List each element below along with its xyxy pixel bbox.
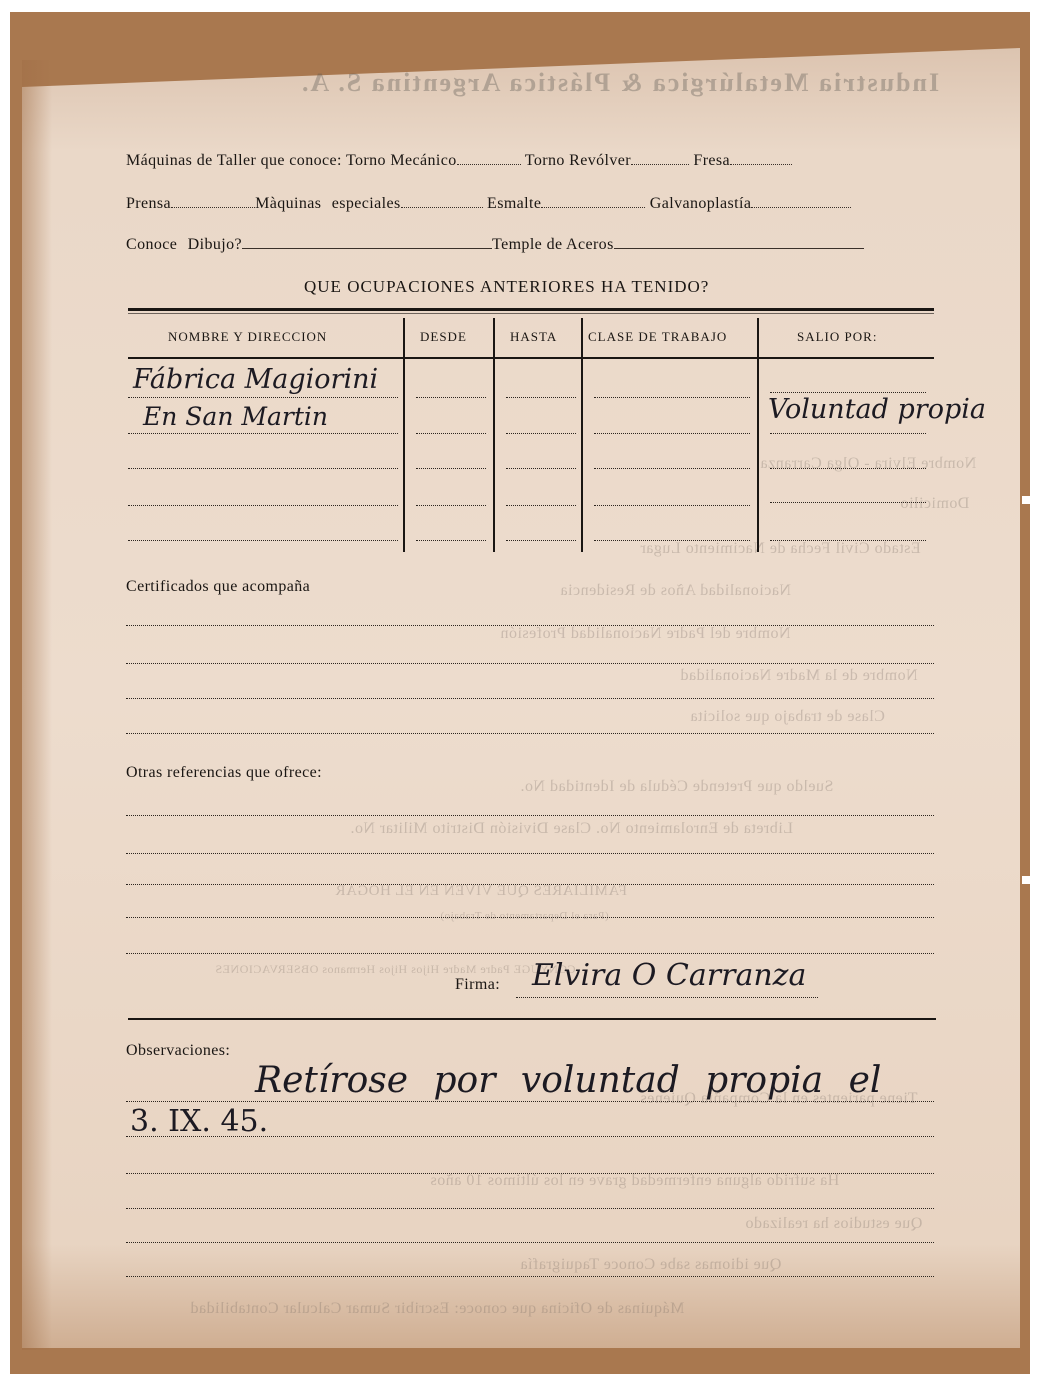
row-line: [506, 468, 576, 469]
row-line: [128, 468, 398, 469]
row-line: [416, 540, 486, 541]
referencias-label: Otras referencias que ofrece:: [126, 764, 322, 782]
temple-aceros-field[interactable]: [614, 236, 864, 249]
galvanoplastia-label: Galvanoplastía: [650, 195, 752, 212]
observaciones-line[interactable]: [126, 1136, 934, 1137]
prensa-label: Prensa: [126, 195, 171, 212]
firma-label: Firma:: [455, 976, 500, 994]
row-line: [416, 468, 486, 469]
bleed-through-line: Clase de trabajo que solicita: [690, 708, 885, 726]
row-line: [128, 397, 398, 398]
bleed-through-header: Industria Metalúrgica & Plástica Argenti…: [300, 68, 939, 98]
certificados-label: Certificados que acompaña: [126, 578, 310, 596]
referencias-line[interactable]: [126, 953, 934, 954]
prensa-field[interactable]: [171, 195, 255, 208]
machines-row-1: Máquinas de Taller que conoce: Torno Mec…: [126, 152, 792, 170]
column-divider: [403, 318, 405, 552]
table-header-rule: [128, 357, 934, 359]
observaciones-line[interactable]: [126, 1276, 934, 1277]
bleed-through-line: Nombre del Padre Nacionalidad Profesión: [500, 625, 791, 643]
job-1-nombre: Fábrica Magiorini: [133, 364, 378, 395]
column-header-desde: DESDE: [420, 329, 467, 345]
firma-line[interactable]: [516, 997, 818, 998]
conoce-dibujo-field[interactable]: [242, 236, 492, 249]
temple-aceros-label: Temple de Aceros: [492, 236, 614, 253]
bleed-through-line: Sueldo que Pretende Cédula de Identidad …: [520, 778, 833, 796]
maquinas-especiales-field[interactable]: [401, 195, 483, 208]
certificados-line[interactable]: [126, 625, 934, 626]
row-line: [506, 540, 576, 541]
bleed-through-line: Estado Civil Fecha de Nacimiento Lugar: [640, 540, 921, 558]
row-line: [128, 505, 398, 506]
row-line: [770, 392, 926, 393]
fresa-field[interactable]: [730, 152, 792, 165]
machines-row-2: PrensaMàquinas especiales Esmalte Galvan…: [126, 195, 851, 213]
table-top-rule: [128, 308, 934, 311]
previous-jobs-title: QUE OCUPACIONES ANTERIORES HA TENIDO?: [304, 277, 709, 297]
fresa-label: Fresa: [693, 152, 730, 169]
observaciones-text-line-2: 3. IX. 45.: [130, 1104, 268, 1139]
row-line: [770, 433, 926, 434]
column-divider: [757, 318, 759, 552]
bleed-through-line: Máquinas de Oficina que conoce: Escribir…: [190, 1300, 684, 1318]
column-divider: [581, 318, 583, 552]
bleed-through-line: Que idiomas sabe Conoce Taquigrafía: [520, 1256, 781, 1274]
referencias-line[interactable]: [126, 884, 934, 885]
column-header-hasta: HASTA: [510, 329, 557, 345]
paper-tab: [1022, 496, 1034, 504]
machines-row-3: Conoce Dibujo?Temple de Aceros: [126, 236, 864, 254]
bleed-through-line: Ha sufrido alguna enfermedad grave en lo…: [430, 1172, 839, 1190]
column-header-salio: SALIO POR:: [797, 329, 877, 345]
referencias-line[interactable]: [126, 815, 934, 816]
row-line: [128, 540, 398, 541]
certificados-line[interactable]: [126, 663, 934, 664]
observaciones-line[interactable]: [126, 1242, 934, 1243]
observaciones-text-line-1: Retírose por voluntad propia el: [255, 1060, 881, 1101]
observaciones-label: Observaciones:: [126, 1042, 230, 1060]
row-line: [594, 468, 750, 469]
table-top-rule-thin: [128, 313, 934, 314]
bleed-through-line: Domicilio: [900, 495, 969, 513]
bleed-through-line: CONYUGE Padre Madre Hijos Hijos Hermanos…: [215, 962, 575, 977]
bleed-through-line: (Para el Departamento de Trabajo): [440, 910, 609, 922]
column-divider: [493, 318, 495, 552]
row-line: [128, 433, 398, 434]
row-line: [770, 502, 926, 503]
row-line: [594, 505, 750, 506]
paper-edge-shade: [22, 60, 52, 1350]
referencias-line[interactable]: [126, 853, 934, 854]
certificados-line[interactable]: [126, 733, 934, 734]
maquinas-especiales-label: Màquinas especiales: [255, 195, 401, 212]
observaciones-line[interactable]: [126, 1208, 934, 1209]
bleed-through-line: Nombre de la Madre Nacionalidad: [680, 667, 918, 685]
row-line: [770, 540, 926, 541]
bleed-through-line: Nacionalidad Años de Residencia: [560, 582, 791, 600]
row-line: [770, 468, 926, 469]
galvanoplastia-field[interactable]: [751, 195, 851, 208]
bleed-through-line: Libreta de Enrolamiento No. Clase Divisi…: [350, 820, 793, 838]
observaciones-line[interactable]: [126, 1173, 934, 1174]
bleed-through-line: Que estudios ha realizado: [745, 1215, 922, 1233]
torno-revolver-label: Torno Revólver: [525, 152, 631, 169]
row-line: [416, 433, 486, 434]
observaciones-line[interactable]: [126, 1101, 934, 1102]
conoce-dibujo-label: Conoce Dibujo?: [126, 236, 242, 253]
referencias-line[interactable]: [126, 917, 934, 918]
bleed-through-line: Nombre Elvira - Olga Carranza: [760, 455, 976, 473]
esmalte-field[interactable]: [541, 195, 645, 208]
row-line: [594, 397, 750, 398]
certificados-line[interactable]: [126, 698, 934, 699]
torno-mecanico-field[interactable]: [457, 152, 521, 165]
row-line: [594, 433, 750, 434]
column-header-clase: CLASE DE TRABAJO: [588, 329, 727, 345]
row-line: [594, 540, 750, 541]
row-line: [506, 397, 576, 398]
paper-tab: [1022, 876, 1034, 884]
esmalte-label: Esmalte: [487, 195, 541, 212]
row-line: [416, 397, 486, 398]
row-line: [506, 505, 576, 506]
job-1-direccion: En San Martin: [143, 402, 328, 431]
firma-signature: Elvira O Carranza: [532, 958, 806, 993]
torno-mecanico-label: Torno Mecánico: [346, 152, 457, 169]
bleed-through-line: FAMILIARES QUE VIVEN EN EL HOGAR: [335, 883, 627, 900]
machines-label: Máquinas de Taller que conoce:: [126, 152, 342, 169]
torno-revolver-field[interactable]: [631, 152, 689, 165]
column-header-nombre: NOMBRE Y DIRECCION: [168, 329, 327, 345]
section-rule: [128, 1018, 936, 1020]
row-line: [506, 433, 576, 434]
row-line: [416, 505, 486, 506]
job-1-salio-por: Voluntad propia: [768, 394, 986, 425]
